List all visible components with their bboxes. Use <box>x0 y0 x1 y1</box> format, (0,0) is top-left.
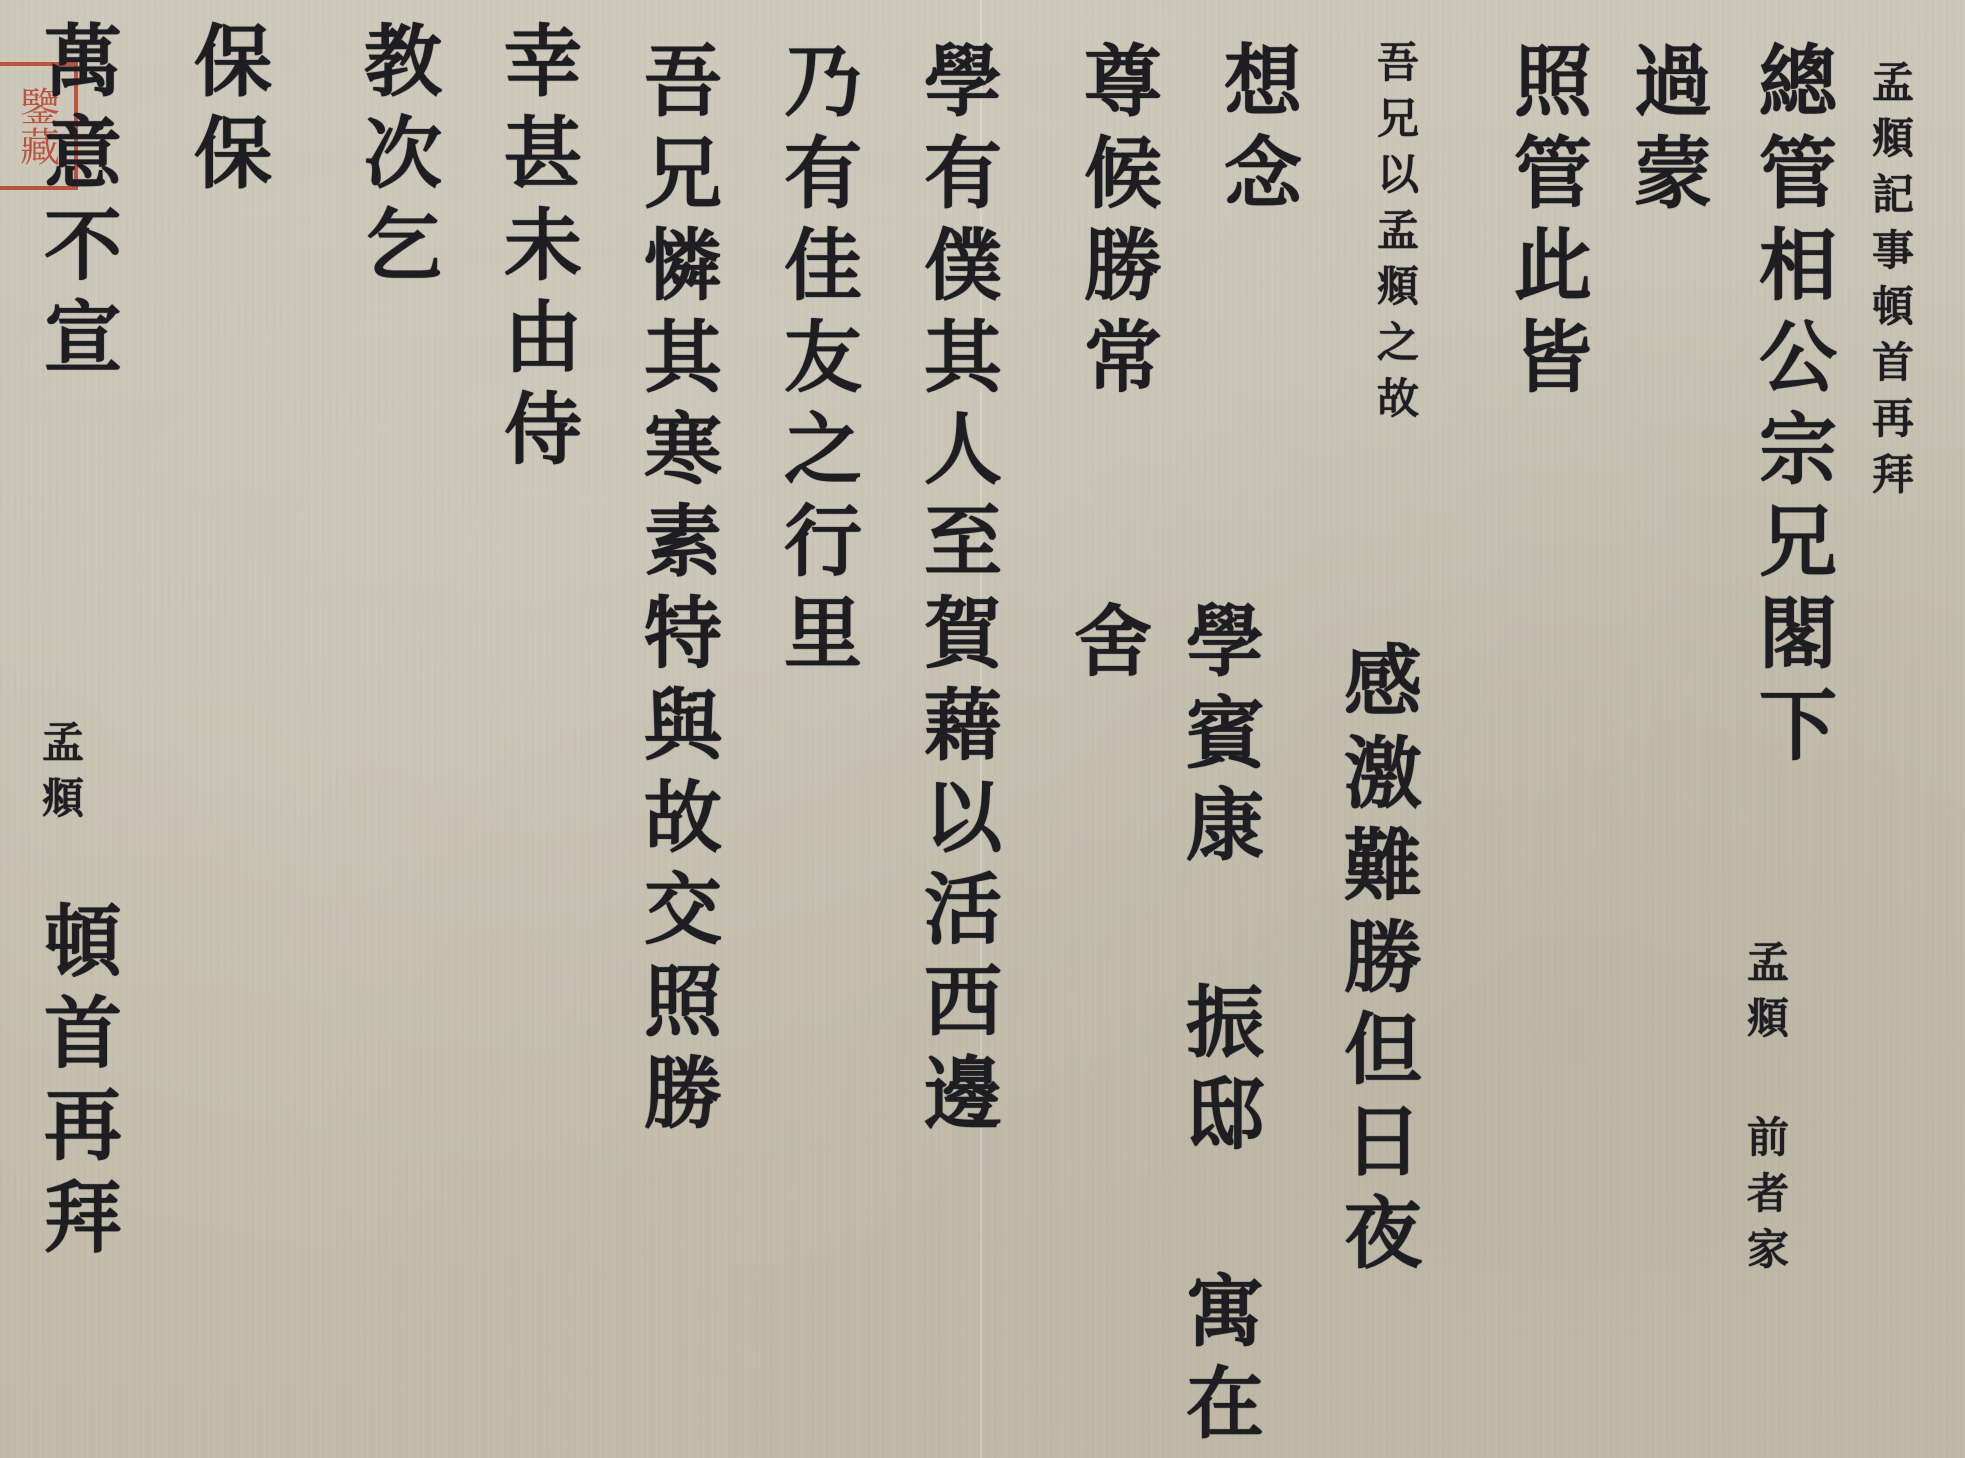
text-column: 吾兄憐其寒素特與故交照勝 <box>620 40 732 1144</box>
text-column: 總管相公宗兄閣下 <box>1735 40 1847 776</box>
text-column: 學賓康 振邸 寓在舍 <box>1050 600 1274 1458</box>
calligraphy-paper: 鑒藏 孟頫記事頓首再拜總管相公宗兄閣下孟頫 前者家過蒙照管此皆吾兄以孟頫之故感激… <box>0 0 1965 1458</box>
text-column: 吾兄以孟頫之故 <box>1365 40 1425 432</box>
text-column: 學有僕其人至賀藉以活西邊 <box>900 40 1012 1144</box>
text-column: 保保 <box>170 20 282 204</box>
text-column: 孟頫記事頓首再拜 <box>1860 60 1920 508</box>
text-column: 照管此皆 <box>1490 40 1602 408</box>
text-column: 孟頫 前者家 <box>1735 940 1795 1283</box>
text-column: 感激難勝但日夜 <box>1320 640 1432 1284</box>
text-column: 過蒙 <box>1610 40 1722 224</box>
text-column: 頓首再拜 <box>20 900 132 1268</box>
text-column: 乃有佳友之行里 <box>760 40 872 684</box>
text-column: 尊候勝常 <box>1060 40 1172 408</box>
text-column: 幸甚未由侍 <box>480 20 592 480</box>
text-column: 想念 <box>1200 40 1312 224</box>
text-column: 萬意不宣 <box>20 20 132 388</box>
text-column: 孟頫 <box>30 720 90 832</box>
text-column: 教次乞 <box>340 20 452 296</box>
